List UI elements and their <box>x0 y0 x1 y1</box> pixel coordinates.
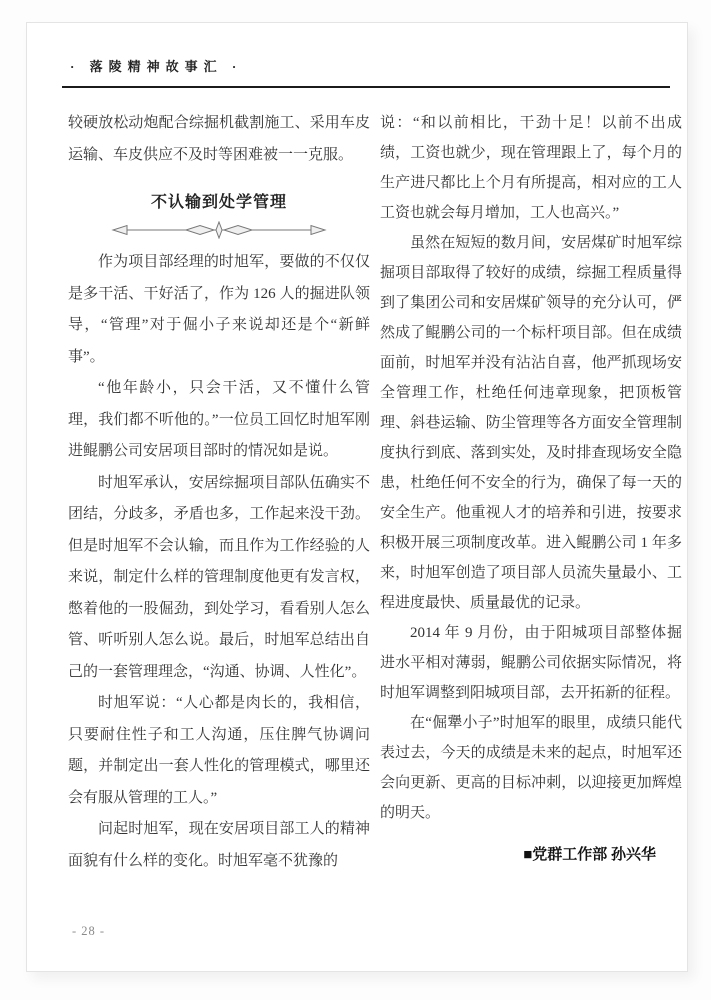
paragraph: 问起时旭军，现在安居项目部工人的精神面貌有什么样的变化。时旭军毫不犹豫的 <box>68 814 370 877</box>
section-heading-block: 不认输到处学管理 <box>68 189 370 239</box>
scanned-page: · 落陵精神故事汇 · 较硬放松动炮配合综掘机截割施工、采用车皮运输、车皮供应不… <box>0 0 711 1000</box>
paragraph: “他年龄小，只会干活，又不懂什么管理，我们都不听他的。”一位员工回忆时旭军刚进鲲… <box>68 373 370 468</box>
paragraph: 2014 年 9 月份，由于阳城项目部整体掘进水平相对薄弱，鲲鹏公司依据实际情况… <box>380 618 682 708</box>
paragraph: 时旭军说：“人心都是肉长的，我相信，只要耐住性子和工人沟通，压住脾气协调问题，并… <box>68 688 370 814</box>
page-header-title: · 落陵精神故事汇 · <box>70 56 242 75</box>
right-column: 说：“和以前相比，干劲十足！以前不出成绩，工资也就少，现在管理跟上了，每个月的生… <box>380 108 682 870</box>
left-column: 较硬放松动炮配合综掘机截割施工、采用车皮运输、车皮供应不及时等困难被一一克服。 … <box>68 108 370 877</box>
paragraph: 作为项目部经理的时旭军，要做的不仅仅是多干活、干好活了，作为 126 人的掘进队… <box>68 247 370 373</box>
author-byline: ■党群工作部 孙兴华 <box>380 840 682 870</box>
divider-ornament-icon <box>110 221 328 239</box>
section-title: 不认输到处学管理 <box>68 189 370 216</box>
paragraph: 时旭军承认，安居综掘项目部队伍确实不团结，分歧多，矛盾也多，工作起来没干劲。但是… <box>68 468 370 689</box>
page-number: - 28 - <box>72 924 105 939</box>
paragraph: 在“倔犟小子”时旭军的眼里，成绩只能代表过去，今天的成绩是未来的起点，时旭军还会… <box>380 708 682 828</box>
header-rule <box>62 86 670 88</box>
paragraph-continuation: 较硬放松动炮配合综掘机截割施工、采用车皮运输、车皮供应不及时等困难被一一克服。 <box>68 108 370 171</box>
paragraph: 虽然在短短的数月间，安居煤矿时旭军综掘项目部取得了较好的成绩，综掘工程质量得到了… <box>380 228 682 618</box>
paragraph-continuation: 说：“和以前相比，干劲十足！以前不出成绩，工资也就少，现在管理跟上了，每个月的生… <box>380 108 682 228</box>
